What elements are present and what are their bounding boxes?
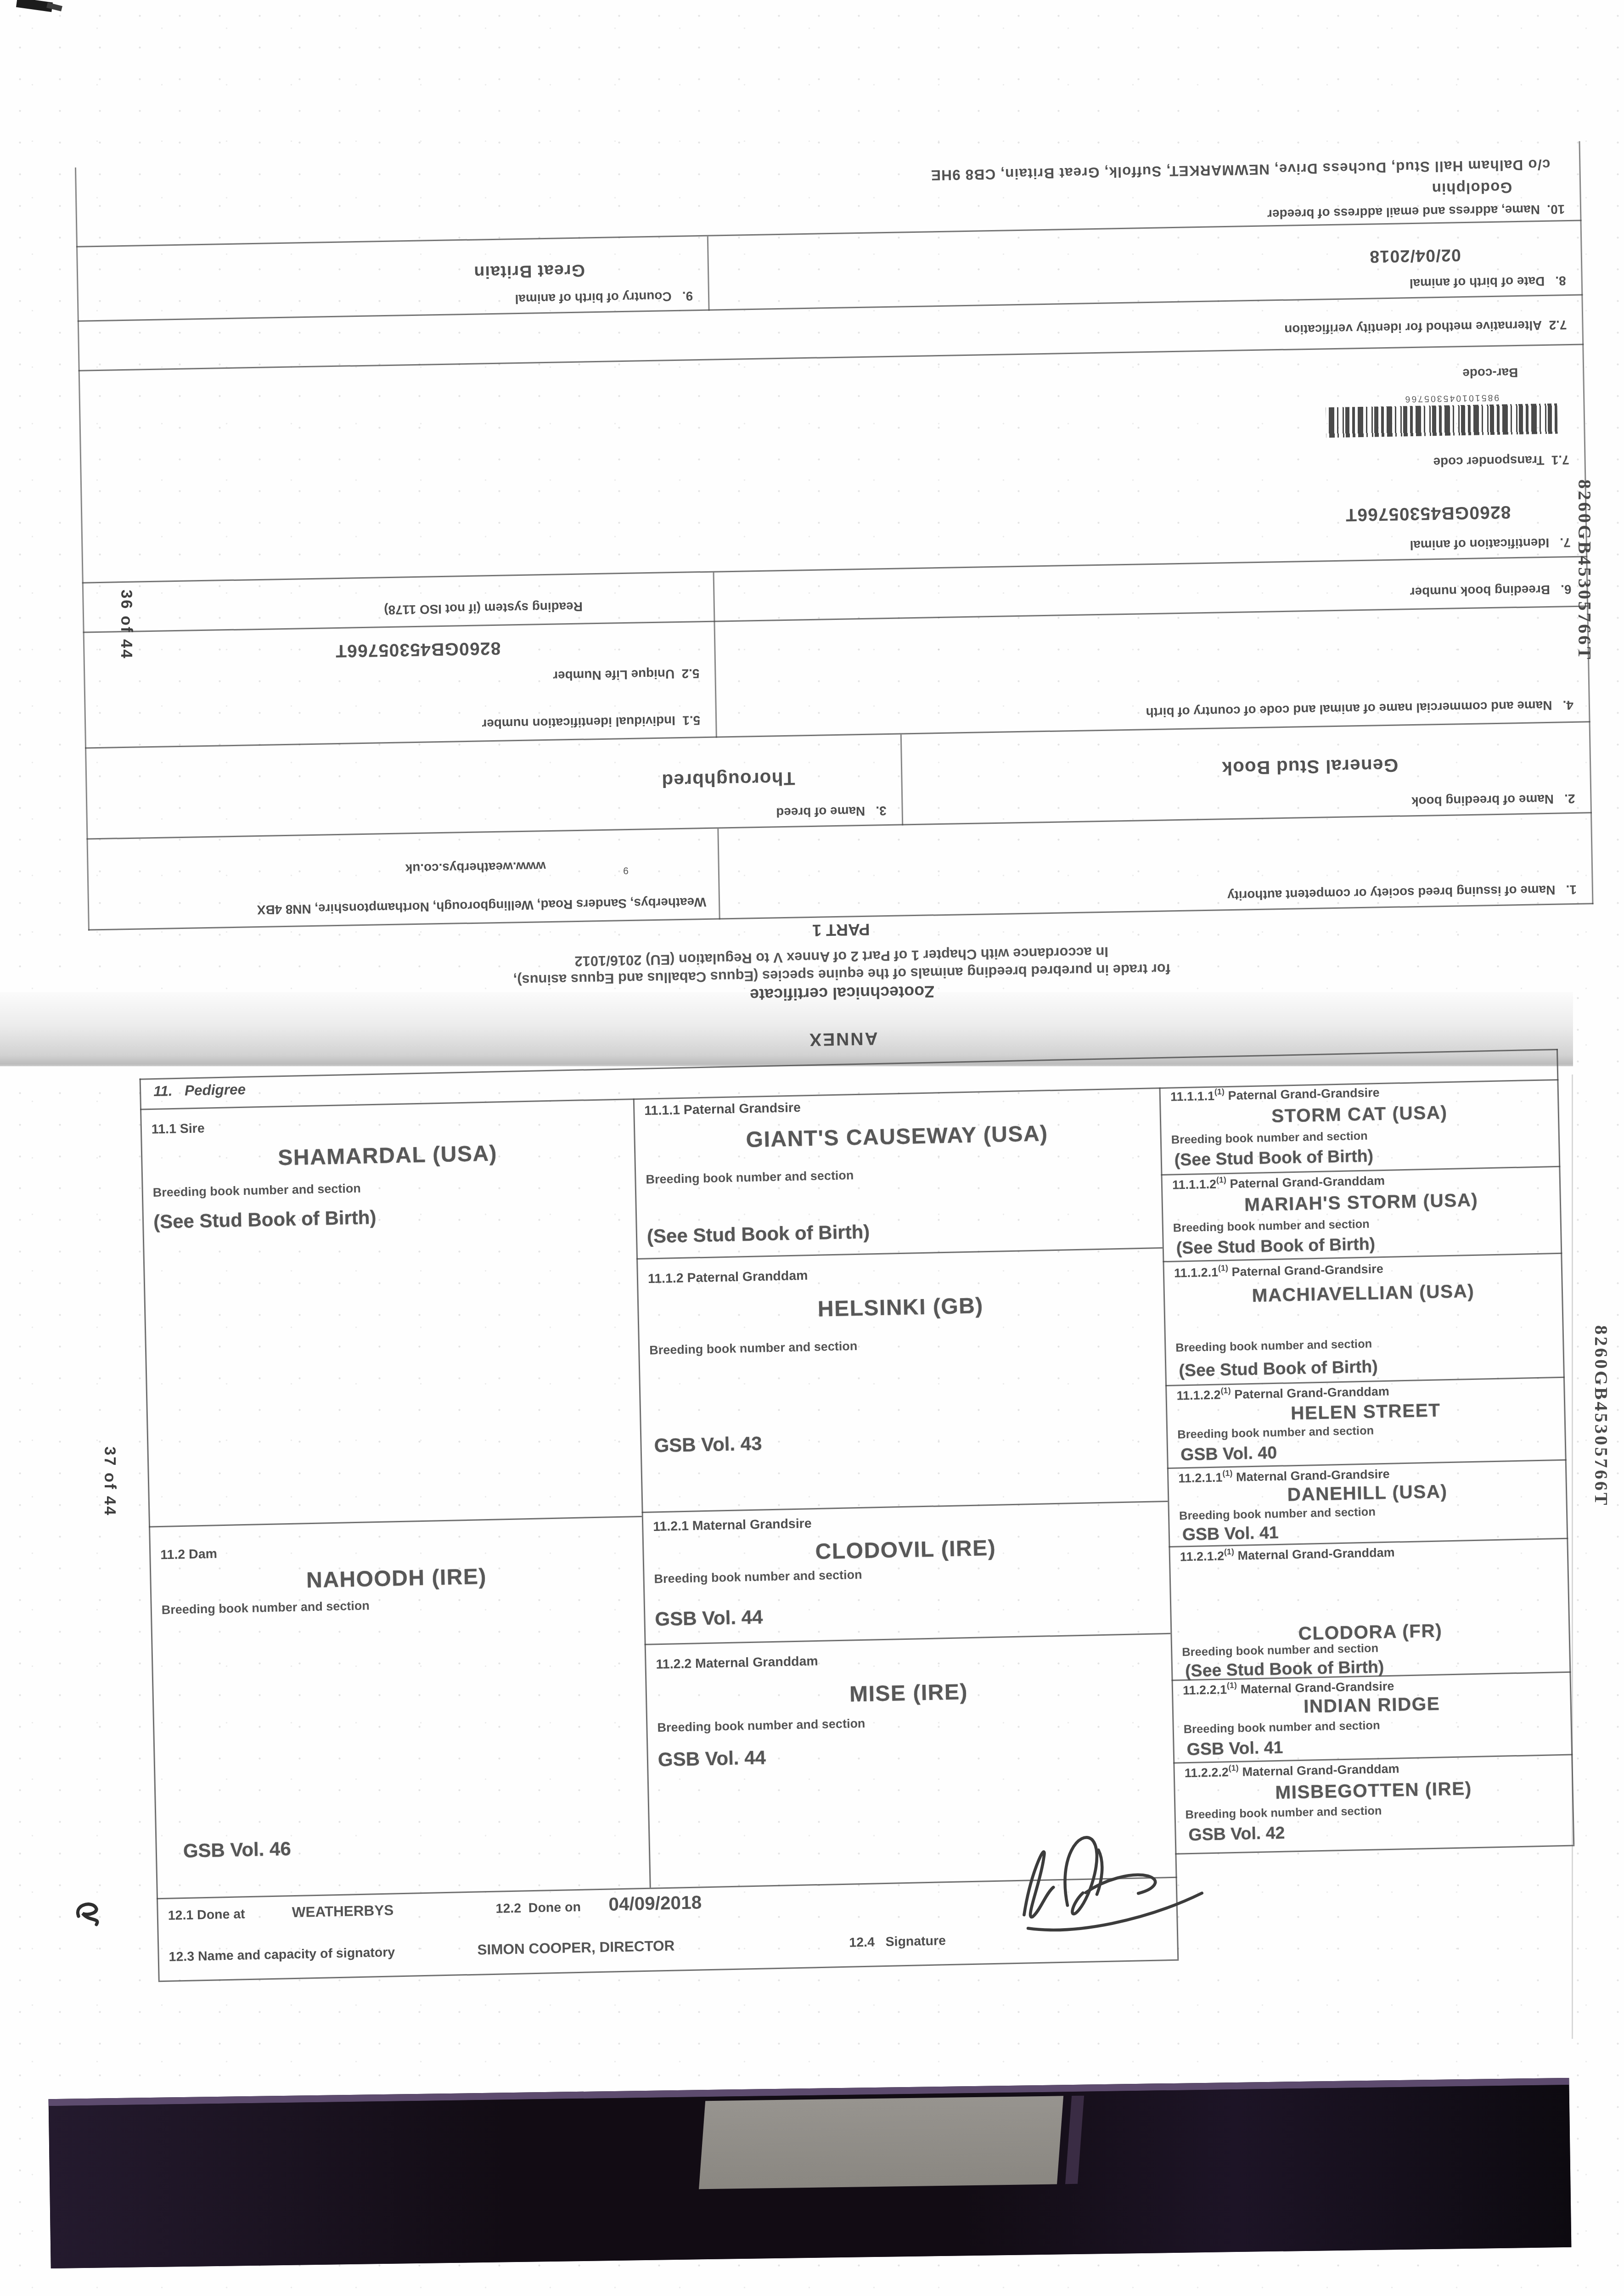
form-line bbox=[85, 721, 1590, 748]
breeding-book-label: Breeding book number and section bbox=[1173, 1217, 1370, 1235]
breeding-book-value: (See Stud Book of Birth) bbox=[1176, 1234, 1375, 1258]
field-5-2-value: 8260GB45305766T bbox=[335, 638, 500, 662]
field-6-label: 6. Breeding book number bbox=[1410, 582, 1571, 599]
pedigree-cell-paternal-grandsire: 11.1.1 Paternal Grandsire GIANT'S CAUSEW… bbox=[633, 1087, 1163, 1258]
cell-relation: Maternal Grand-Granddam bbox=[1237, 1546, 1395, 1563]
form-line bbox=[82, 556, 1588, 583]
cell-footnote: (1) bbox=[1227, 1683, 1237, 1691]
field-1-url: www.weatherbys.co.uk bbox=[405, 859, 546, 875]
field-8-value: 02/04/2018 bbox=[1369, 245, 1461, 266]
breeding-book-label: Breeding book number and section bbox=[1179, 1504, 1376, 1522]
breeding-book-value: GSB Vol. 40 bbox=[1180, 1443, 1277, 1464]
breeding-book-value: (See Stud Book of Birth) bbox=[647, 1220, 870, 1247]
field-5-2-label: 5.2 Unique Life Number bbox=[553, 666, 700, 683]
band-gray-window bbox=[699, 2096, 1063, 2189]
cell-relation: Maternal Grand-Granddam bbox=[1242, 1762, 1399, 1779]
horse-name: STORM CAT (USA) bbox=[1159, 1100, 1559, 1129]
field-1-value: Weatherbys, Sanders Road, Wellingborough… bbox=[114, 895, 706, 919]
breeding-book-value: GSB Vol. 43 bbox=[654, 1432, 762, 1456]
breeding-book-label: Breeding book number and section bbox=[1185, 1803, 1382, 1821]
field-5-1-label: 5.1 Individual identification number bbox=[482, 713, 700, 731]
cell-relation: Maternal Grand-Grandsire bbox=[1236, 1467, 1390, 1484]
cell-label: 11.2.1.2(1) Maternal Grand-Granddam bbox=[1180, 1546, 1395, 1564]
field-7-2-label: 7.2 Alternative method for identity veri… bbox=[1284, 318, 1567, 337]
part1-form-rotated: ANNEX Zootechnical certificate for trade… bbox=[75, 141, 1596, 1077]
pedigree-cell-paternal-granddam: 11.1.2 Paternal Granddam HELSINKI (GB) B… bbox=[636, 1247, 1168, 1512]
cell-number: 11.2.2 bbox=[656, 1657, 691, 1673]
pedigree-cell-ggs-4: 11.2.2.1(1) Maternal Grand-Grandsire IND… bbox=[1172, 1671, 1573, 1762]
cell-number: 11.1.2.1 bbox=[1174, 1266, 1219, 1280]
horse-name: NAHOODH (IRE) bbox=[150, 1563, 643, 1598]
form-line bbox=[707, 236, 710, 311]
cell-number: 11.2.1.2 bbox=[1180, 1549, 1225, 1564]
breeding-book-label: Breeding book number and section bbox=[1177, 1424, 1374, 1441]
form-line bbox=[713, 573, 717, 738]
cell-relation: Sire bbox=[180, 1121, 205, 1137]
cell-relation: Dam bbox=[189, 1547, 217, 1563]
scanned-certificate-page: 36 of 44 37 of 44 8260GB45305766T 8260GB… bbox=[0, 0, 1624, 2296]
barcode-number: 985101045305766 bbox=[1404, 392, 1499, 404]
barcode bbox=[1326, 403, 1558, 438]
cell-relation: Maternal Granddam bbox=[695, 1654, 818, 1672]
cell-relation: Paternal Grand-Grandsire bbox=[1228, 1086, 1380, 1103]
pedigree-cell-ggd-3: 11.2.1.2(1) Maternal Grand-Granddam CLOD… bbox=[1169, 1538, 1571, 1680]
ink-mark bbox=[72, 1898, 105, 1929]
cell-number: 11.1.2.2 bbox=[1176, 1388, 1221, 1402]
cell-footnote: (1) bbox=[1214, 1089, 1225, 1097]
horse-name: HELSINKI (GB) bbox=[637, 1291, 1164, 1327]
cell-relation: Paternal Grandsire bbox=[684, 1101, 801, 1118]
field-8-label: 8. Date of birth of animal bbox=[1410, 274, 1566, 290]
field-7-1-label: 7.1 Transponder code bbox=[1433, 453, 1569, 469]
field-7-label: 7. Identification of animal bbox=[1410, 535, 1571, 552]
breeding-book-value: GSB Vol. 44 bbox=[657, 1746, 766, 1770]
done-on-value: 04/09/2018 bbox=[608, 1892, 702, 1914]
cell-number: 11.1.1.1 bbox=[1170, 1089, 1215, 1104]
cell-relation: Paternal Grand-Granddam bbox=[1230, 1174, 1385, 1191]
cell-relation: Paternal Grand-Granddam bbox=[1234, 1384, 1389, 1401]
cell-relation: Maternal Grandsire bbox=[692, 1517, 812, 1534]
pedigree-cell-ggd-4: 11.2.2.2(1) Maternal Grand-Granddam MISB… bbox=[1173, 1754, 1574, 1853]
field-1-footnote-mark: 9 bbox=[623, 865, 629, 874]
pedigree-cell-ggs-2: 11.1.2.1(1) Paternal Grand-Grandsire MAC… bbox=[1163, 1253, 1564, 1385]
signature-label: 12.4 Signature bbox=[849, 1934, 946, 1951]
cell-number: 11.1.1.2 bbox=[1172, 1177, 1217, 1192]
pedigree-table: 11. Pedigree 11.1 Sire SHAMARDAL (USA) B… bbox=[140, 1049, 1580, 1987]
barcode-label: Bar-code bbox=[1462, 366, 1518, 380]
cell-label: 11.1.2.1(1) Paternal Grand-Grandsire bbox=[1174, 1262, 1383, 1280]
form-line bbox=[83, 605, 1589, 633]
cell-footnote: (1) bbox=[1220, 1388, 1231, 1396]
field-7-value: 8260GB45305766T bbox=[1345, 502, 1511, 525]
field-2-label: 2. Name of breeding book bbox=[1411, 792, 1575, 808]
cell-number: 11.2.2.2 bbox=[1184, 1765, 1229, 1780]
signature-scribble bbox=[994, 1809, 1225, 1955]
field-2-value: General Stud Book bbox=[1221, 755, 1399, 779]
cell-relation: Paternal Grand-Grandsire bbox=[1231, 1262, 1383, 1279]
horse-name: MISE (IRE) bbox=[646, 1677, 1172, 1713]
done-on-label: 12.2 Done on bbox=[495, 1900, 581, 1917]
pedig ree-cell-dam: 11.2 Dam NAHOODH (IRE) Breeding book num… bbox=[149, 1516, 650, 1898]
cell-number: 11.1.1 bbox=[644, 1103, 680, 1119]
field-10-label: 10. Name, address and email address of b… bbox=[1267, 202, 1565, 221]
breeding-book-value: (See Stud Book of Birth) bbox=[1174, 1146, 1373, 1170]
breeding-book-label: Breeding book number and section bbox=[1171, 1129, 1368, 1147]
signatory-value: SIMON COOPER, DIRECTOR bbox=[477, 1938, 675, 1959]
done-at-value: WEATHERBYS bbox=[292, 1902, 393, 1921]
cell-label: 11.1.2.2(1) Paternal Grand-Granddam bbox=[1176, 1384, 1389, 1403]
pedigree-cell-maternal-grandsire: 11.2.1 Maternal Grandsire CLODOVIL (IRE)… bbox=[642, 1501, 1171, 1644]
form-line bbox=[79, 343, 1584, 371]
horse-name: MACHIAVELLIAN (USA) bbox=[1163, 1279, 1563, 1308]
cell-label: 11.1.2 Paternal Granddam bbox=[648, 1268, 808, 1287]
form-line bbox=[75, 168, 90, 931]
cell-number: 11.1 bbox=[152, 1122, 177, 1137]
horse-name: GIANT'S CAUSEWAY (USA) bbox=[634, 1120, 1160, 1156]
form-line bbox=[76, 220, 1582, 248]
breeding-book-value: GSB Vol. 46 bbox=[183, 1837, 291, 1862]
cell-label: 11.2.2.2(1) Maternal Grand-Granddam bbox=[1184, 1762, 1399, 1780]
cell-label: 11.2 Dam bbox=[160, 1547, 217, 1563]
done-at-label: 12.1 Done at bbox=[168, 1907, 245, 1924]
pedigree-section-number: 11. bbox=[153, 1083, 173, 1100]
breeding-book-value: GSB Vol. 41 bbox=[1186, 1738, 1283, 1759]
breeder-name: Godolphin bbox=[1431, 178, 1512, 196]
scan-dark-band bbox=[49, 2078, 1572, 2268]
pedigree-cell-ggd-1: 11.1.1.2(1) Paternal Grand-Granddam MARI… bbox=[1161, 1166, 1562, 1261]
cell-relation: Paternal Granddam bbox=[687, 1269, 808, 1286]
cell-label: 11.1.1.2(1) Paternal Grand-Granddam bbox=[1172, 1174, 1385, 1192]
cell-number: 11.2 bbox=[160, 1548, 185, 1563]
breeding-book-label: Breeding book number and section bbox=[162, 1598, 370, 1616]
pedigree-cell-ggs-3: 11.2.1.1(1) Maternal Grand-Grandsire DAN… bbox=[1167, 1459, 1568, 1546]
form-line bbox=[717, 829, 720, 920]
field-3-value: Thoroughbred bbox=[661, 768, 795, 791]
field-9-value: Great Britain bbox=[473, 260, 585, 281]
pedigree-cell-sire: 11.1 Sire SHAMARDAL (USA) Breeding book … bbox=[140, 1098, 642, 1526]
breeding-book-value: (See Stud Book of Birth) bbox=[153, 1206, 376, 1232]
signatory-label: 12.3 Name and capacity of signatory bbox=[169, 1945, 395, 1965]
form-line bbox=[900, 735, 903, 826]
form-line bbox=[78, 294, 1583, 321]
pedigree-cell-ggd-2: 11.1.2.2(1) Paternal Grand-Granddam HELE… bbox=[1165, 1377, 1567, 1468]
certificate-code-mid: 8260GB45305766T bbox=[1590, 1325, 1612, 1507]
breeding-book-value: GSB Vol. 41 bbox=[1182, 1523, 1279, 1544]
breeding-book-label: Breeding book number and section bbox=[646, 1168, 854, 1186]
cell-footnote: (1) bbox=[1218, 1265, 1228, 1273]
breeding-book-label: Breeding book number and section bbox=[657, 1716, 865, 1734]
pedigree-section-heading: 11. Pedigree bbox=[153, 1082, 246, 1100]
page-number-bottom: 37 of 44 bbox=[101, 1446, 117, 1516]
cell-number: 11.2.2.1 bbox=[1183, 1683, 1227, 1697]
cell-number: 11.1.2 bbox=[648, 1271, 684, 1287]
horse-name: SHAMARDAL (USA) bbox=[141, 1140, 635, 1175]
cell-footnote: (1) bbox=[1222, 1470, 1232, 1479]
field-3-label: 3. Name of breed bbox=[776, 804, 887, 819]
breeding-book-value: GSB Vol. 44 bbox=[655, 1605, 763, 1630]
cell-relation: Maternal Grand-Grandsire bbox=[1240, 1679, 1394, 1696]
cell-label: 11.2.1 Maternal Grandsire bbox=[653, 1516, 812, 1535]
cell-label: 11.2.2 Maternal Granddam bbox=[656, 1654, 818, 1673]
horse-name: MISBEGOTTEN (IRE) bbox=[1174, 1776, 1573, 1805]
breeding-book-label: Breeding book number and section bbox=[654, 1568, 862, 1586]
cell-number: 11.2.1.1 bbox=[1178, 1470, 1223, 1485]
cell-label: 11.1 Sire bbox=[152, 1121, 205, 1138]
field-9-label: 9. Country of birth of animal bbox=[515, 289, 693, 306]
cell-footnote: (1) bbox=[1216, 1177, 1226, 1185]
cell-number: 11.2.1 bbox=[653, 1519, 689, 1535]
breeding-book-label: Breeding book number and section bbox=[1175, 1337, 1372, 1355]
field-4-label: 4. Name and commercial name of animal an… bbox=[912, 698, 1573, 723]
horse-name: MARIAH'S STORM (USA) bbox=[1161, 1188, 1561, 1217]
cell-label: 11.1.1 Paternal Grandsire bbox=[644, 1100, 801, 1119]
pedigree-cell-ggs-1: 11.1.1.1(1) Paternal Grand-Grandsire STO… bbox=[1159, 1079, 1561, 1174]
cell-footnote: (1) bbox=[1229, 1765, 1239, 1773]
reading-system-label: Reading system (if not ISO 1178) bbox=[384, 600, 583, 617]
pedigree-section-label: Pedigree bbox=[185, 1082, 246, 1100]
cell-label: 11.1.1.1(1) Paternal Grand-Grandsire bbox=[1170, 1086, 1380, 1104]
breeding-book-label: Breeding book number and section bbox=[649, 1339, 858, 1357]
breeding-book-value: (See Stud Book of Birth) bbox=[1179, 1357, 1378, 1380]
cell-footnote: (1) bbox=[1224, 1549, 1234, 1557]
horse-name: CLODOVIL (IRE) bbox=[642, 1534, 1169, 1570]
breeding-book-label: Breeding book number and section bbox=[1183, 1718, 1380, 1736]
breeding-book-label: Breeding book number and section bbox=[153, 1182, 361, 1199]
